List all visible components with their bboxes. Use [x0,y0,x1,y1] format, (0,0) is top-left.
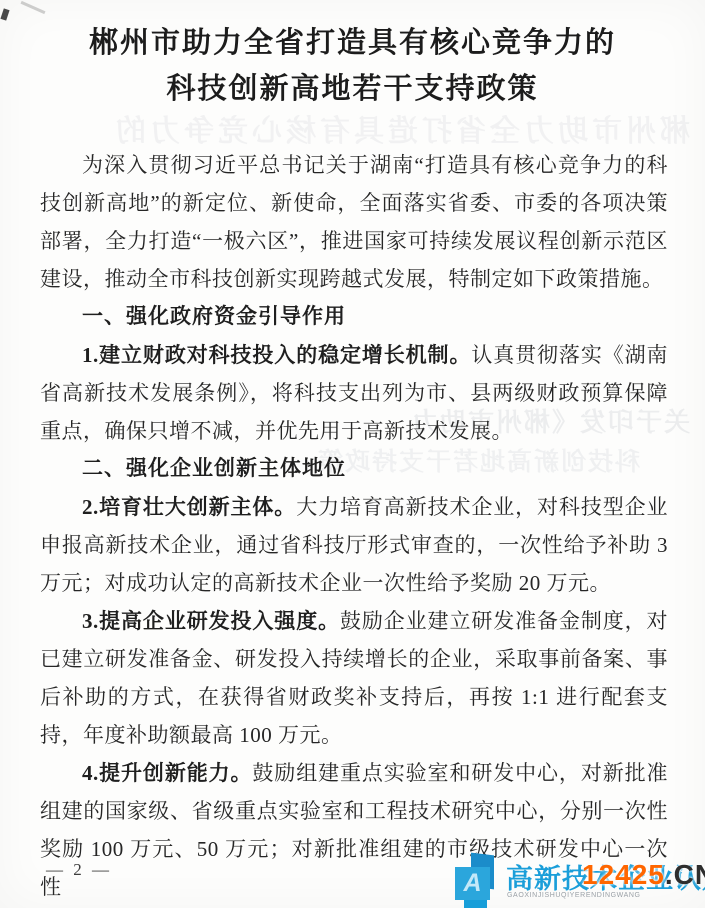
policy-item-3: 3.提高企业研发投入强度。鼓励企业建立研发准备金制度，对已建立研发准备金、研发投… [40,602,668,754]
watermark-caption: GAOXINJISHUQIYERENDINGWANG [507,892,641,899]
logo-letter: A [463,869,481,898]
policy-item-2: 2.培育壮大创新主体。大力培育高新技术企业，对科技型企业申报高新技术企业，通过省… [40,488,668,602]
site-watermark: A 高新技术企业认定网 12425.CN GAOXINJISHUQIYEREND… [448,851,705,908]
scan-artifact [0,8,9,20]
watermark-domain-tld: .CN [665,859,705,890]
watermark-domain: 12425.CN [582,859,705,891]
logo-face: A [455,867,490,900]
policy-item-1: 1.建立财政对科技投入的稳定增长机制。认真贯彻落实《湖南省高新技术发展条例》，将… [40,336,668,450]
document-body: 为深入贯彻习近平总书记关于湖南“打造具有核心竞争力的科技创新高地”的新定位、新使… [40,146,668,906]
site-logo-icon: A [454,854,502,908]
scan-artifact [21,1,46,14]
bleed-through-text: 郴州市助力全省打造具有核心竞争力的 [90,106,690,150]
page-title-line1: 郴州市助力全省打造具有核心竞争力的 [0,20,705,66]
policy-item-2-lead: 2.培育壮大创新主体。 [82,495,296,519]
watermark-domain-code: 12425 [582,859,665,890]
document-page: 郴州市助力全省打造具有核心竞争力的 关于印发《郴州市助力 科技创新高地若干支持政… [0,0,705,908]
policy-item-3-lead: 3.提高企业研发投入强度。 [82,609,340,633]
page-title-line2: 科技创新高地若干支持政策 [0,66,705,112]
section-2-heading: 二、强化企业创新主体地位 [40,450,668,488]
section-1-heading: 一、强化政府资金引导作用 [40,298,668,336]
policy-item-4-lead: 4.提升创新能力。 [82,761,252,785]
page-title: 郴州市助力全省打造具有核心竞争力的 科技创新高地若干支持政策 [0,20,705,112]
page-number: — 2 — [46,860,112,880]
intro-paragraph: 为深入贯彻习近平总书记关于湖南“打造具有核心竞争力的科技创新高地”的新定位、新使… [40,146,668,298]
policy-item-1-lead: 1.建立财政对科技投入的稳定增长机制。 [82,343,471,367]
